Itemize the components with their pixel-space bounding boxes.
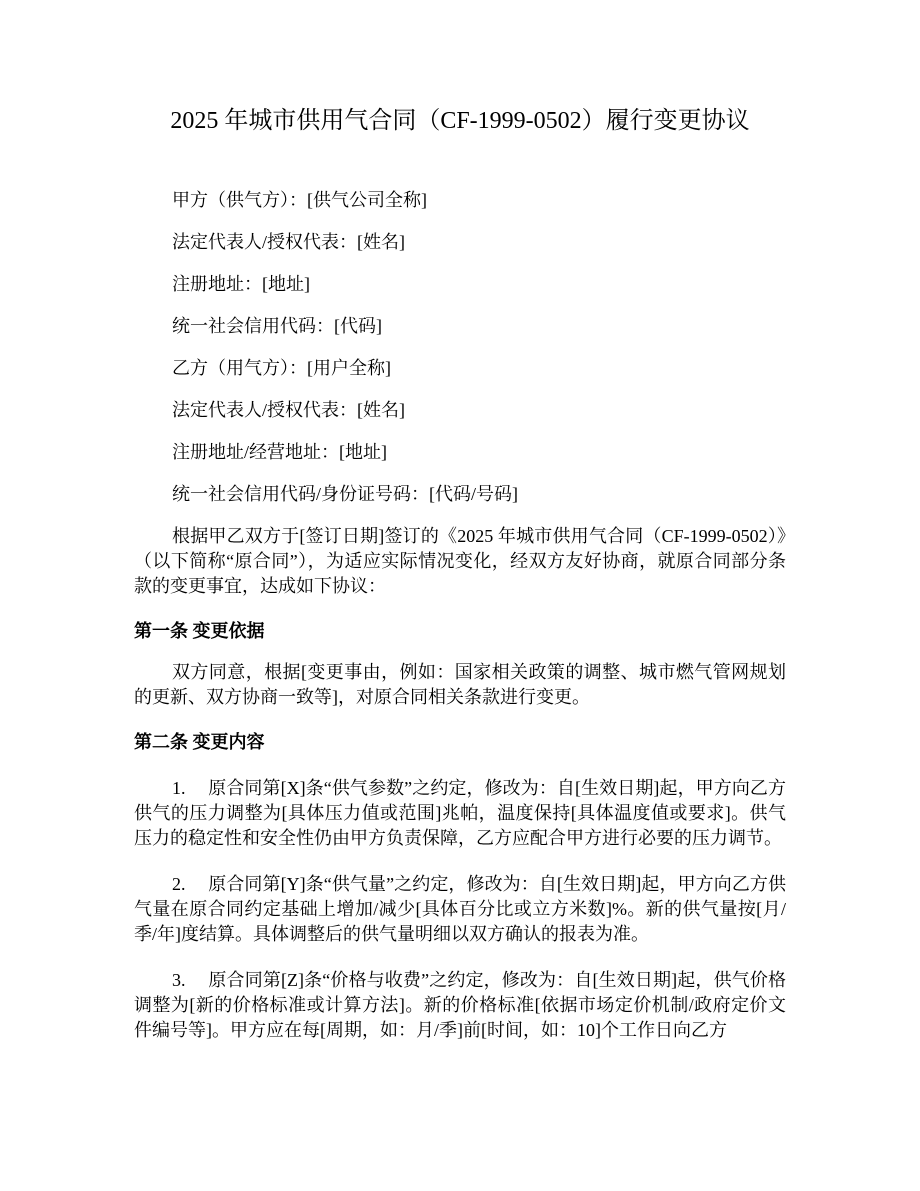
party-line-yifang-credit-code: 统一社会信用代码/身份证号码：[代码/号码]: [134, 482, 786, 507]
party-line-jiafang-representative: 法定代表人/授权代表：[姓名]: [134, 230, 786, 255]
section-2-item-3: 3. 原合同第[Z]条“价格与收费”之约定，修改为：自[生效日期]起，供气价格调…: [134, 968, 786, 1043]
preamble-paragraph: 根据甲乙双方于[签订日期]签订的《2025 年城市供用气合同（CF-1999-0…: [134, 524, 786, 599]
party-line-yifang-address: 注册地址/经营地址：[地址]: [134, 440, 786, 465]
section-2-heading: 第二条 变更内容: [134, 730, 786, 755]
party-line-yifang: 乙方（用气方）：[用户全称]: [134, 356, 786, 381]
party-line-jiafang-address: 注册地址：[地址]: [134, 272, 786, 297]
party-line-yifang-representative: 法定代表人/授权代表：[姓名]: [134, 398, 786, 423]
document-page: 2025 年城市供用气合同（CF-1999-0502）履行变更协议 甲方（供气方…: [0, 0, 920, 1191]
section-2-item-1: 1. 原合同第[X]条“供气参数”之约定，修改为：自[生效日期]起，甲方向乙方供…: [134, 776, 786, 851]
section-1-paragraph: 双方同意，根据[变更事由，例如：国家相关政策的调整、城市燃气管网规划的更新、双方…: [134, 660, 786, 710]
party-line-jiafang-credit-code: 统一社会信用代码：[代码]: [134, 314, 786, 339]
party-line-jiafang: 甲方（供气方）：[供气公司全称]: [134, 188, 786, 213]
section-1-heading: 第一条 变更依据: [134, 619, 786, 644]
document-title: 2025 年城市供用气合同（CF-1999-0502）履行变更协议: [134, 104, 786, 138]
section-2-item-2: 2. 原合同第[Y]条“供气量”之约定，修改为：自[生效日期]起，甲方向乙方供气…: [134, 872, 786, 947]
